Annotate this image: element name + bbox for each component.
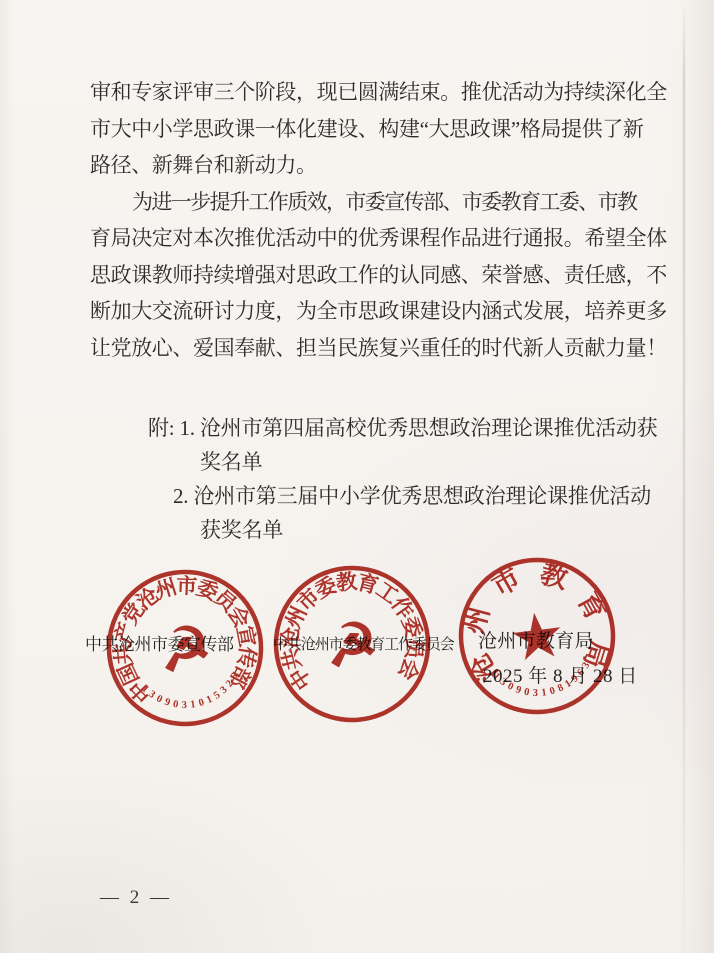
svg-text:0: 0 [154, 693, 164, 705]
svg-text:0: 0 [172, 699, 179, 711]
svg-text:9: 9 [163, 697, 171, 709]
document-page: 审和专家评审三个阶段，现已圆满结束。推优活动为持续深化全 市大中小学思政课一体化… [0, 0, 714, 953]
body-line: 为进一步提升工作质效，市委宣传部、市委教育工委、市教 [90, 184, 630, 221]
scan-fold-line [683, 0, 685, 953]
body-line: 育局决定对本次推优活动中的优秀课程作品进行通报。希望全体 [90, 220, 630, 257]
attachment-line: 2. 沧州市第三届中小学优秀思想政治理论课推优活动 [148, 479, 648, 513]
svg-text:州: 州 [459, 604, 495, 638]
official-seal-propaganda: 中国共产党沧州市委员会宣传部 ☭ 1309031015326 [89, 552, 281, 744]
official-seal-education-committee: 中共沧州市委教育工作委员会 ☭ [260, 552, 444, 736]
svg-text:沧: 沧 [463, 649, 503, 688]
hammer-sickle-icon: ☭ [323, 611, 380, 680]
body-line: 让党放心、爱国奉献、担当民族复兴重任的时代新人贡献力量！ [90, 330, 630, 367]
svg-text:市: 市 [487, 562, 525, 601]
body-line: 路径、新舞台和新动力。 [90, 147, 630, 184]
attachment-list: 附: 1. 沧州市第四届高校优秀思想政治理论课推优活动获 奖名单 2. 沧州市第… [148, 411, 648, 547]
svg-text:9: 9 [514, 684, 523, 696]
hammer-sickle-icon: ☭ [155, 614, 216, 686]
svg-text:育: 育 [572, 587, 612, 626]
svg-text:教: 教 [537, 558, 572, 594]
body-text: 审和专家评审三个阶段，现已圆满结束。推优活动为持续深化全 市大中小学思政课一体化… [90, 74, 630, 366]
star-icon: ★ [509, 604, 566, 672]
body-line: 思政课教师持续增强对思政工作的认同感、荣誉感、责任感，不 [90, 257, 630, 294]
body-line: 市大中小学思政课一体化建设、构建“大思政课”格局提供了新 [90, 111, 630, 148]
svg-text:0: 0 [505, 681, 515, 693]
official-seal-education-bureau: 沧州市教育局 ★ 1309031081963 [442, 541, 631, 730]
body-line: 断加大交流研讨力度，为全市思政课建设内涵式发展，培养更多 [90, 293, 630, 330]
svg-text:3: 3 [182, 700, 187, 711]
page-number: — 2 — [100, 887, 172, 909]
body-line: 审和专家评审三个阶段，现已圆满结束。推优活动为持续深化全 [90, 74, 630, 111]
svg-text:1: 1 [190, 699, 197, 711]
attachment-line: 附: 1. 沧州市第四届高校优秀思想政治理论课推优活动获 [148, 411, 648, 445]
svg-text:1: 1 [541, 687, 548, 699]
svg-text:0: 0 [549, 685, 557, 697]
svg-text:3: 3 [533, 688, 539, 699]
svg-text:0: 0 [197, 697, 205, 709]
attachment-line: 获奖名单 [148, 513, 648, 547]
svg-text:共: 共 [278, 646, 306, 672]
svg-text:0: 0 [523, 687, 530, 699]
attachment-line: 奖名单 [148, 445, 648, 479]
